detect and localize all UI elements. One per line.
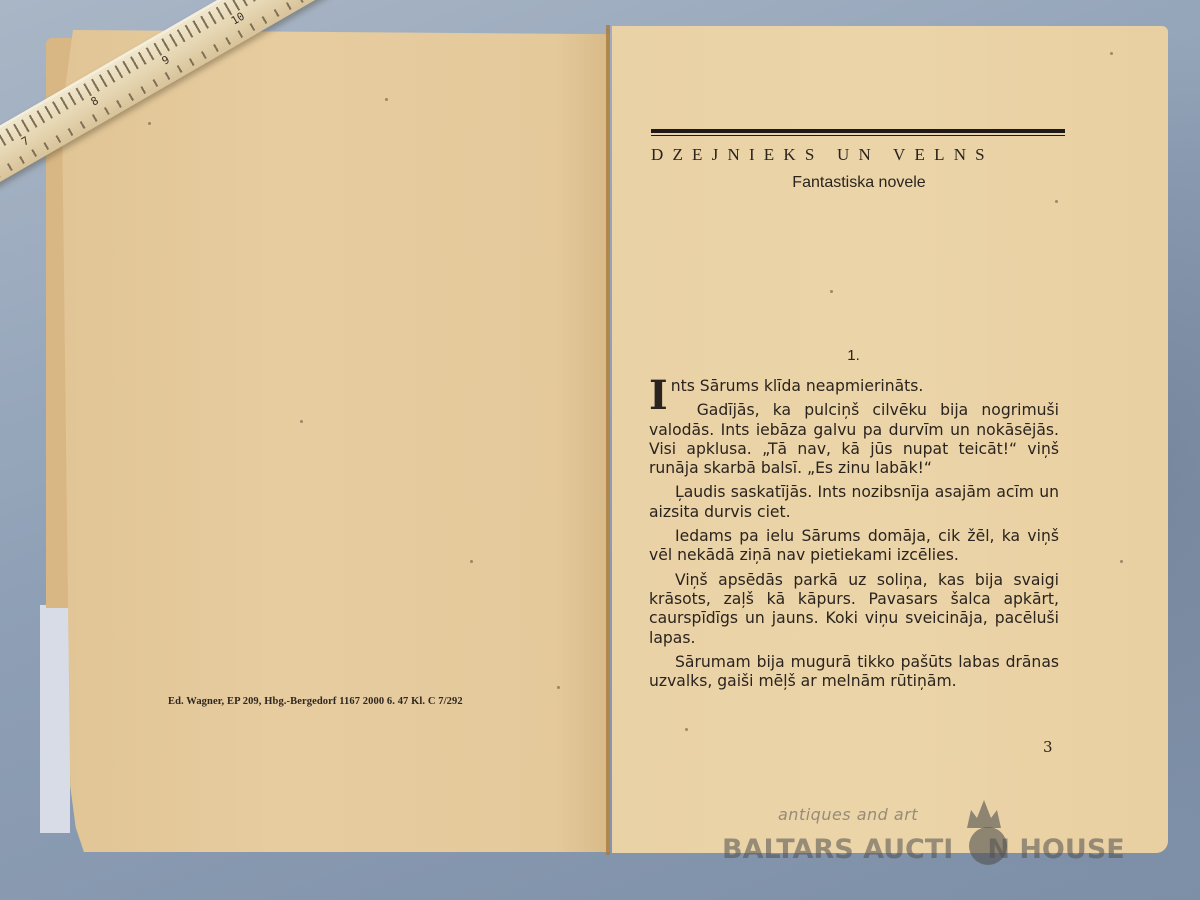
left-page — [62, 30, 610, 852]
title-rule-thick — [651, 129, 1065, 133]
watermark-brand-prefix: BALTARS AUCTI — [722, 834, 953, 865]
watermark-brand: BALTARS AUCTIN HOUSE — [722, 834, 1125, 865]
paragraph: Sārumam bija mugurā tikko pašūts labas d… — [649, 653, 1059, 692]
book-spine — [606, 25, 610, 855]
story-subtitle: Fantastiska novele — [651, 174, 1067, 192]
ruler-number: 7 — [19, 134, 31, 149]
paragraph: Ļaudis saskatījās. Ints nozibsnīja asajā… — [649, 483, 1059, 522]
page-number: 3 — [1043, 738, 1053, 756]
watermark-tagline: antiques and art — [778, 805, 918, 824]
ruler-number: 8 — [89, 94, 101, 109]
story-title: DZEJNIEKS UN VELNS — [651, 145, 1067, 165]
paragraph: Viņš apsēdās parkā uz soliņa, kas bija s… — [649, 571, 1059, 648]
paragraph: Ints Sārums klīda neapmierināts. — [649, 377, 1059, 396]
chapter-number: 1. — [651, 347, 1056, 364]
paragraph-text: nts Sārums klīda neapmierināts. — [671, 377, 924, 395]
underlying-sheet — [40, 605, 70, 833]
watermark-brand-suffix: N HOUSE — [987, 834, 1124, 865]
ruler-number: 9 — [160, 53, 172, 68]
drop-cap: I — [649, 379, 668, 413]
title-rule-thin — [651, 135, 1065, 136]
printer-imprint: Ed. Wagner, EP 209, Hbg.-Bergedorf 1167 … — [168, 696, 463, 707]
paragraph: Gadījās, ka pulciņš cilvēku bija nogrimu… — [649, 401, 1059, 478]
story-body: Ints Sārums klīda neapmierināts. Gadījās… — [649, 377, 1059, 696]
paragraph: Iedams pa ielu Sārums domāja, cik žēl, k… — [649, 527, 1059, 566]
